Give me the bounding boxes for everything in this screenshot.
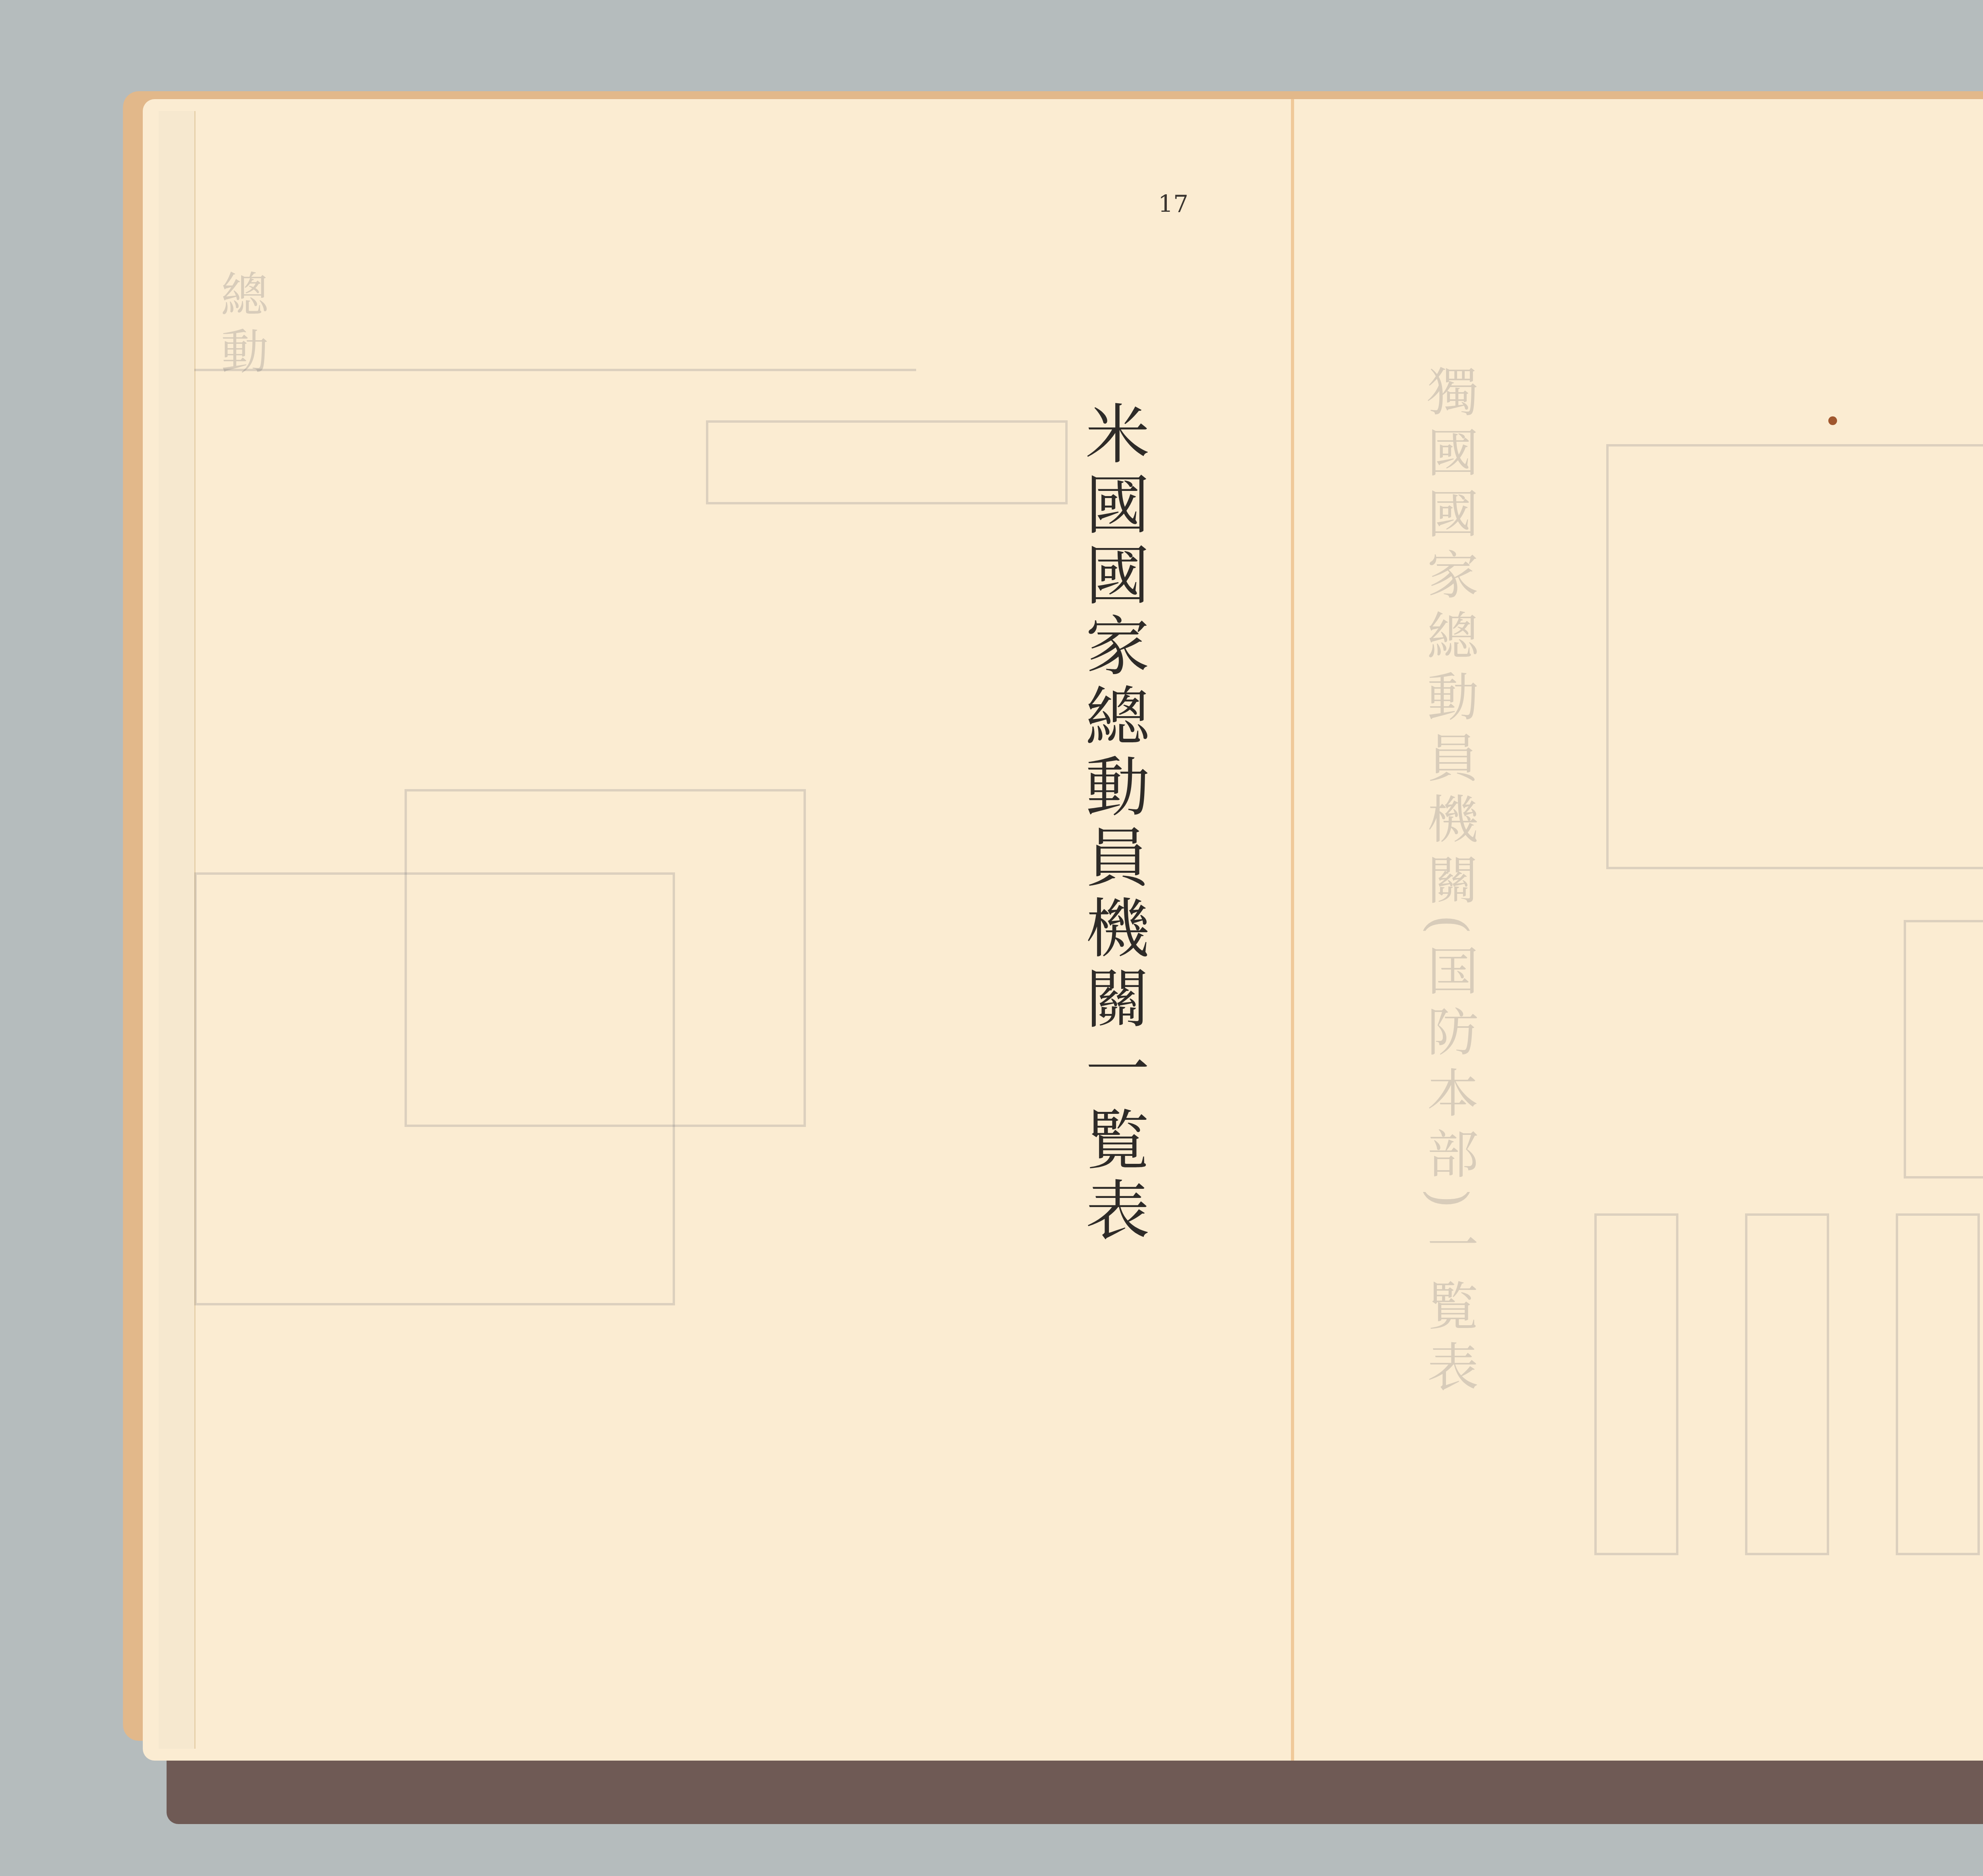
show-through-box bbox=[1896, 1213, 1980, 1555]
show-through-table bbox=[1904, 920, 1983, 1178]
show-through-line bbox=[194, 369, 916, 371]
show-through-box bbox=[194, 872, 675, 1305]
show-through-table bbox=[1606, 444, 1983, 869]
page-title: 米國國家總動員機關一覧表 bbox=[1095, 400, 1158, 1247]
page-number: 17 bbox=[1158, 190, 1188, 218]
show-through-box bbox=[706, 420, 1068, 504]
show-through-text: 總動 bbox=[206, 270, 274, 384]
foxing-spot bbox=[1828, 416, 1837, 425]
left-page-edges bbox=[159, 111, 196, 1749]
show-through-box bbox=[1594, 1213, 1678, 1555]
book-gutter bbox=[1291, 99, 1294, 1761]
show-through-box bbox=[1745, 1213, 1829, 1555]
right-page-faint-title: 獨國國家總動員機關(国防本部)一覧表 bbox=[1412, 365, 1486, 1401]
